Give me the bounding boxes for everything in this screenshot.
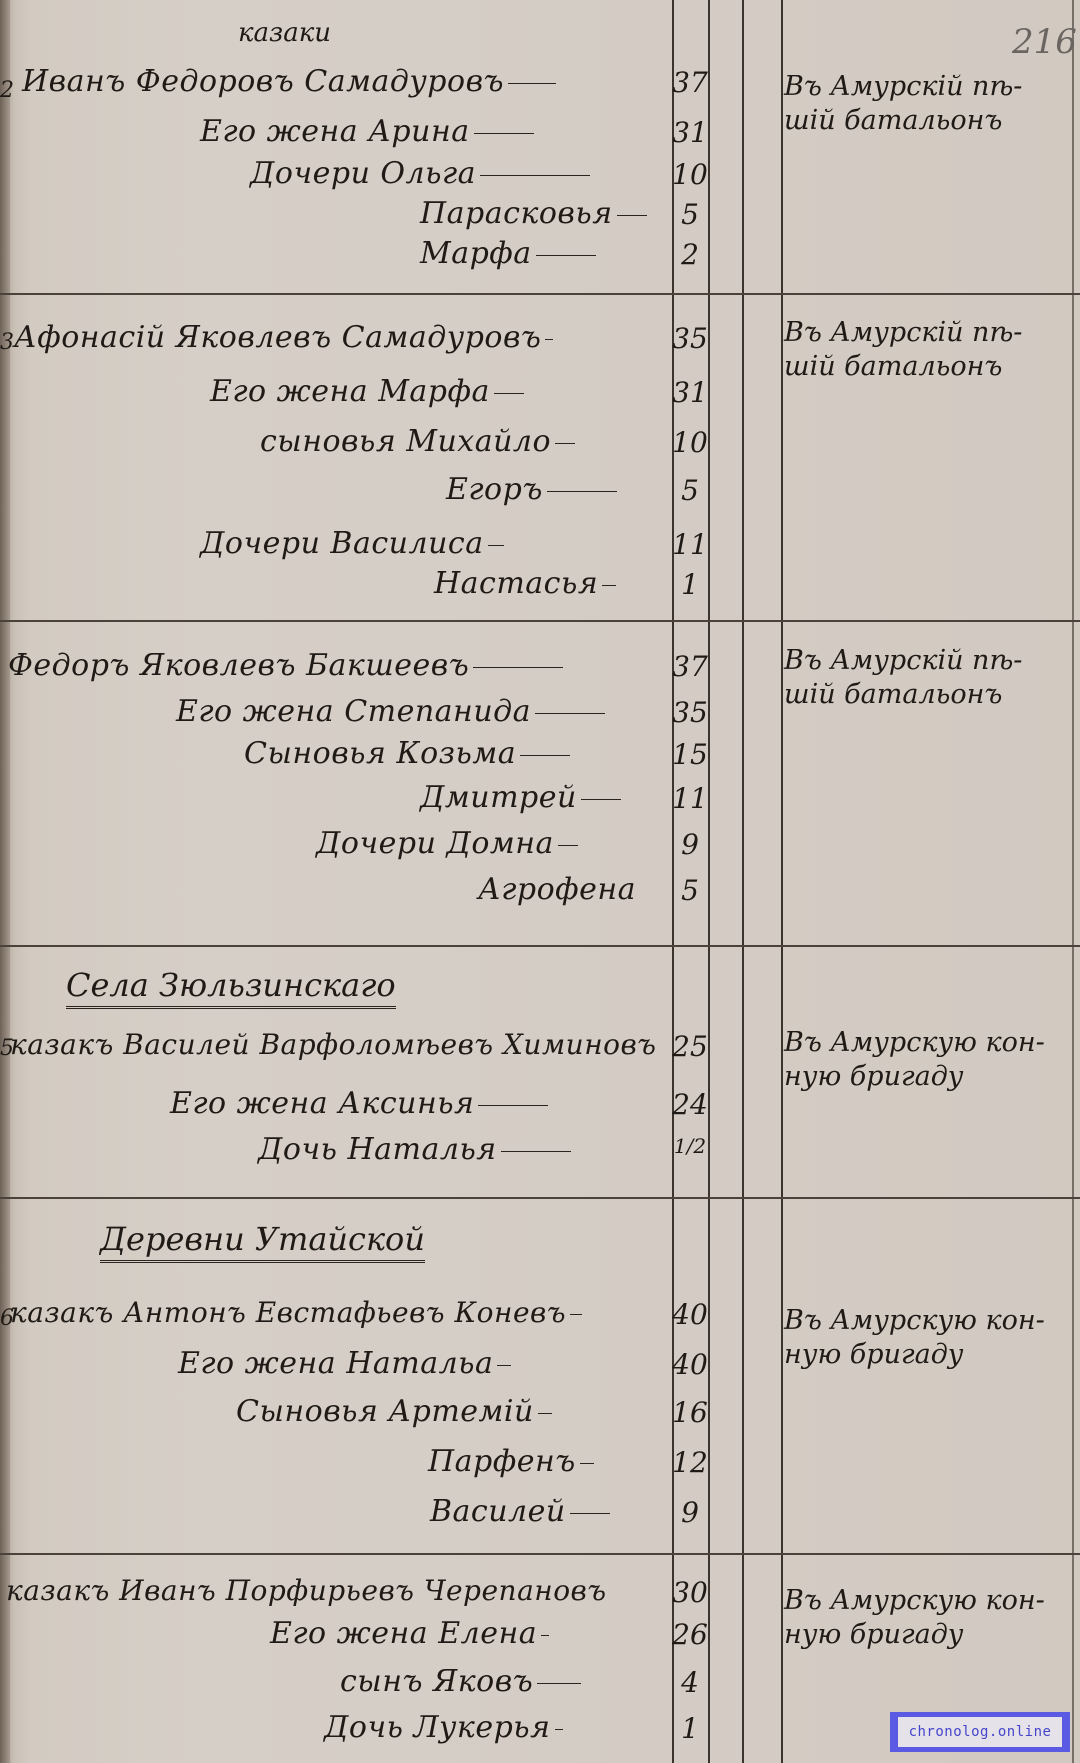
entry-age: 30 [672,1576,708,1609]
watermark-text: chronolog.online [898,1717,1062,1747]
entry-text: Дмитрей [420,780,621,815]
village-header: Деревни Утайской [100,1220,425,1263]
entry-text: Федоръ Яковлевъ Бакшеевъ [8,648,563,683]
entry-age: 1 [672,568,708,601]
entry-text: казакъ Антонъ Евстафьевъ Коневъ [10,1296,582,1329]
entry-age: 35 [672,322,708,355]
section-separator [0,293,1080,295]
entry-text: Агрофена [478,872,636,907]
entry-age: 16 [672,1396,708,1429]
page-number: 216 [1012,22,1077,62]
remark: Въ Амурскій пѣ-шій батальонъ [784,644,1074,712]
entry-text: казакъ Василей Варфоломѣевъ Химиновъ [10,1028,656,1061]
entry-text: Марфа [420,236,596,271]
entry-text: Парасковья [420,196,647,231]
entry-age: 25 [672,1030,708,1063]
entry-text: Сыновья Козьма [244,736,570,771]
entry-index: 3 [0,330,14,355]
entry-age: 5 [672,474,708,507]
entry-age: 12 [672,1446,708,1479]
entry-age: 11 [672,528,708,561]
entry-text: Иванъ Федоровъ Самадуровъ [22,64,556,99]
entry-age: 37 [672,650,708,683]
section-caption: казаки [238,18,331,48]
entry-age: 4 [672,1666,708,1699]
entry-text: казакъ Иванъ Порфирьевъ Черепановъ [6,1574,607,1607]
entry-age: 31 [672,116,708,149]
entry-text: Сыновья Артемій [236,1394,552,1429]
entry-age: 24 [672,1088,708,1121]
column-line-right-edge [1072,0,1074,1763]
entry-age: 37 [672,66,708,99]
entry-age: 2 [672,238,708,271]
entry-text: Дочери Ольга [250,156,590,191]
entry-text: Дочь Лукерья [324,1710,563,1745]
column-line-age-right [708,0,710,1763]
section-separator [0,1553,1080,1555]
entry-text: Его жена Марфа [210,374,524,409]
entry-age: 10 [672,158,708,191]
entry-age: 5 [672,874,708,907]
entry-age: 35 [672,696,708,729]
entry-text: Его жена Арина [200,114,534,149]
watermark-badge: chronolog.online [890,1712,1070,1752]
entry-index: 2 [0,78,14,103]
entry-text: Афонасій Яковлевъ Самадуровъ [14,320,553,355]
entry-text: Его жена Аксинья [170,1086,548,1121]
entry-age: 10 [672,426,708,459]
entry-text: сыновья Михайло [260,424,575,459]
remark: Въ Амурскій пѣ-шій батальонъ [784,70,1074,138]
entry-age: 15 [672,738,708,771]
entry-age: 31 [672,376,708,409]
entry-age: 5 [672,198,708,231]
entry-text: Его жена Степанида [176,694,605,729]
entry-text: Дочери Василиса [200,526,504,561]
entry-text: Парфенъ [428,1444,594,1479]
column-line-3 [742,0,744,1763]
entry-age: 9 [672,828,708,861]
entry-text: Настасья [434,566,616,601]
entry-age: 26 [672,1618,708,1651]
entry-text: сынъ Яковъ [340,1664,581,1699]
entry-age: 1/2 [672,1134,708,1158]
entry-age: 11 [672,782,708,815]
remark: Въ Амурскую кон-ную бригаду [784,1304,1074,1372]
remark: Въ Амурскую кон-ную бригаду [784,1584,1074,1652]
book-binding [0,0,10,1763]
section-separator [0,945,1080,947]
entry-text: Егоръ [446,472,617,507]
entry-text: Его жена Елена [270,1616,549,1651]
entry-age: 40 [672,1348,708,1381]
remark: Въ Амурскую кон-ную бригаду [784,1026,1074,1094]
section-separator [0,620,1080,622]
entry-text: Его жена Натальа [178,1346,511,1381]
entry-text: Дочери Домна [316,826,578,861]
entry-text: Дочь Наталья [258,1132,571,1167]
entry-age: 9 [672,1496,708,1529]
column-line-remarks [781,0,783,1763]
section-separator [0,1197,1080,1199]
entry-text: Василей [430,1494,610,1529]
village-header: Села Зюльзинскаго [66,966,396,1009]
entry-age: 40 [672,1298,708,1331]
entry-age: 1 [672,1712,708,1745]
remark: Въ Амурскій пѣ-шій батальонъ [784,316,1074,384]
